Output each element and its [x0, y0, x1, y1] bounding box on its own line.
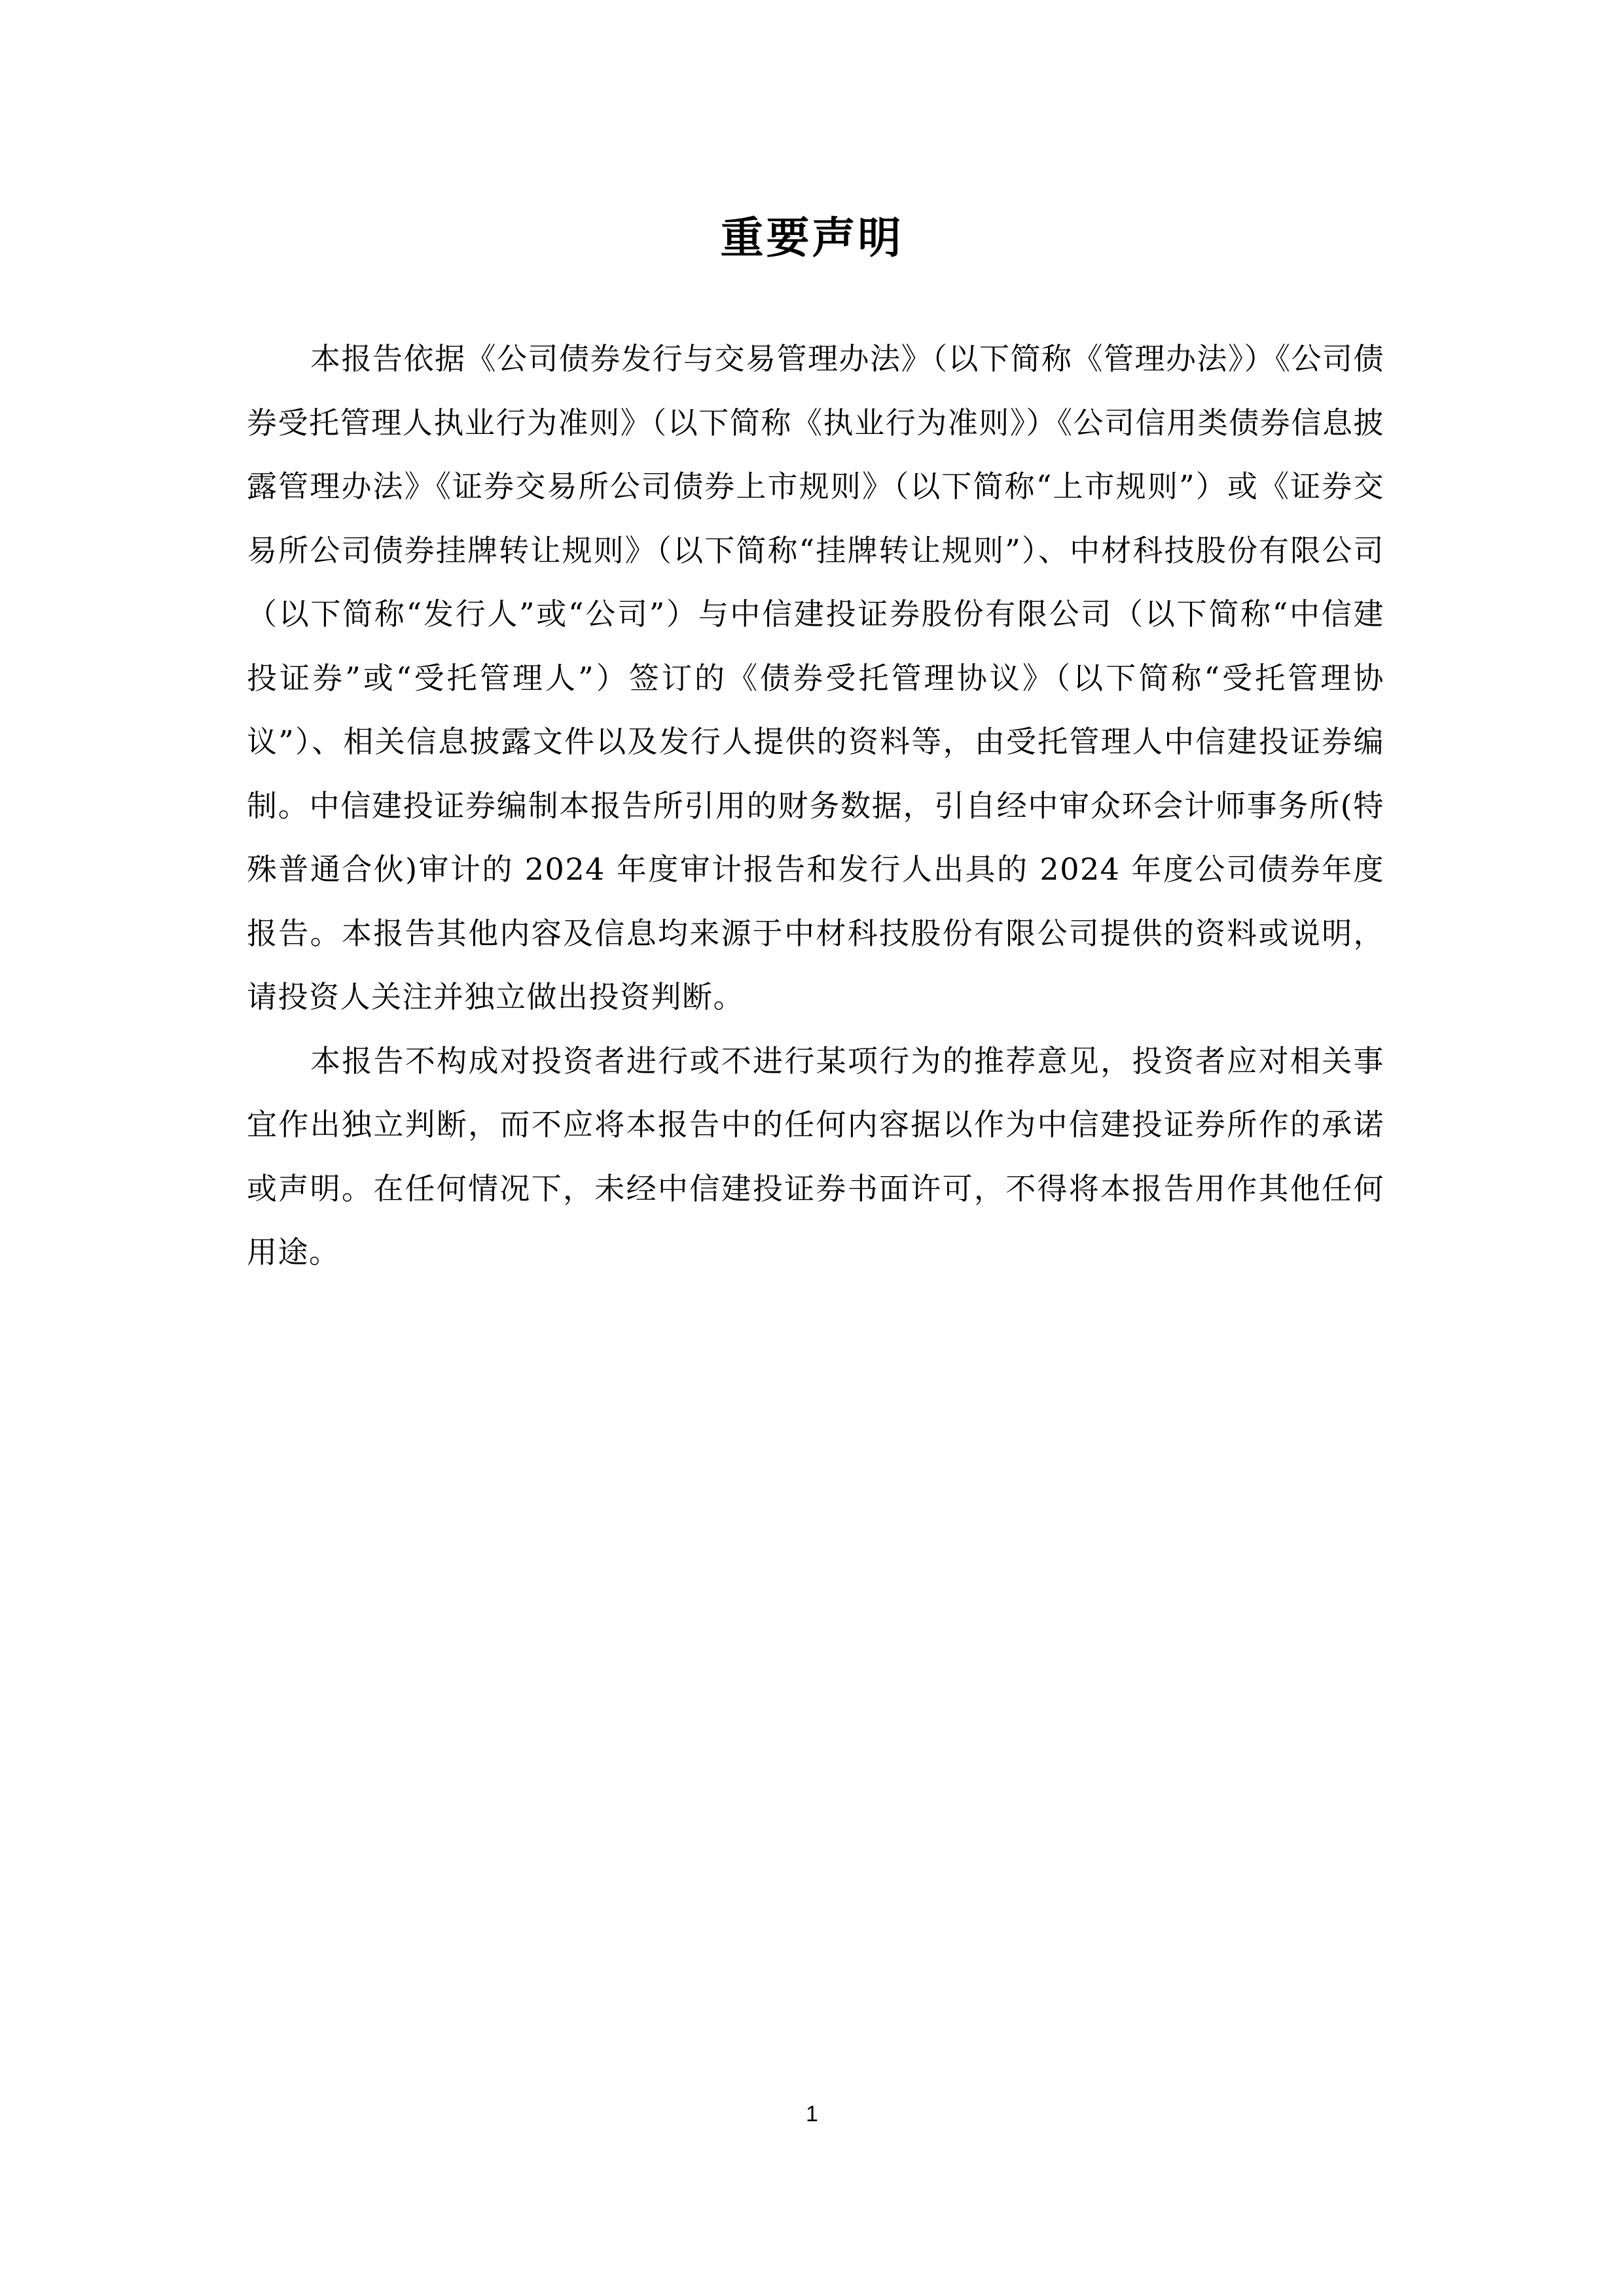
- document-page: 重要声明 本报告依据《公司债券发行与交易管理办法》（以下简称《管理办法》）《公司…: [0, 0, 1624, 2296]
- paragraph-disclaimer: 本报告不构成对投资者进行或不进行某项行为的推荐意见，投资者应对相关事宜作出独立判…: [247, 1030, 1384, 1285]
- document-body: 本报告依据《公司债券发行与交易管理办法》（以下简称《管理办法》）《公司债券受托管…: [247, 327, 1384, 1285]
- paragraph-basis-of-report: 本报告依据《公司债券发行与交易管理办法》（以下简称《管理办法》）《公司债券受托管…: [247, 327, 1384, 1030]
- page-number: 1: [0, 2098, 1624, 2130]
- page-title: 重要声明: [0, 208, 1624, 267]
